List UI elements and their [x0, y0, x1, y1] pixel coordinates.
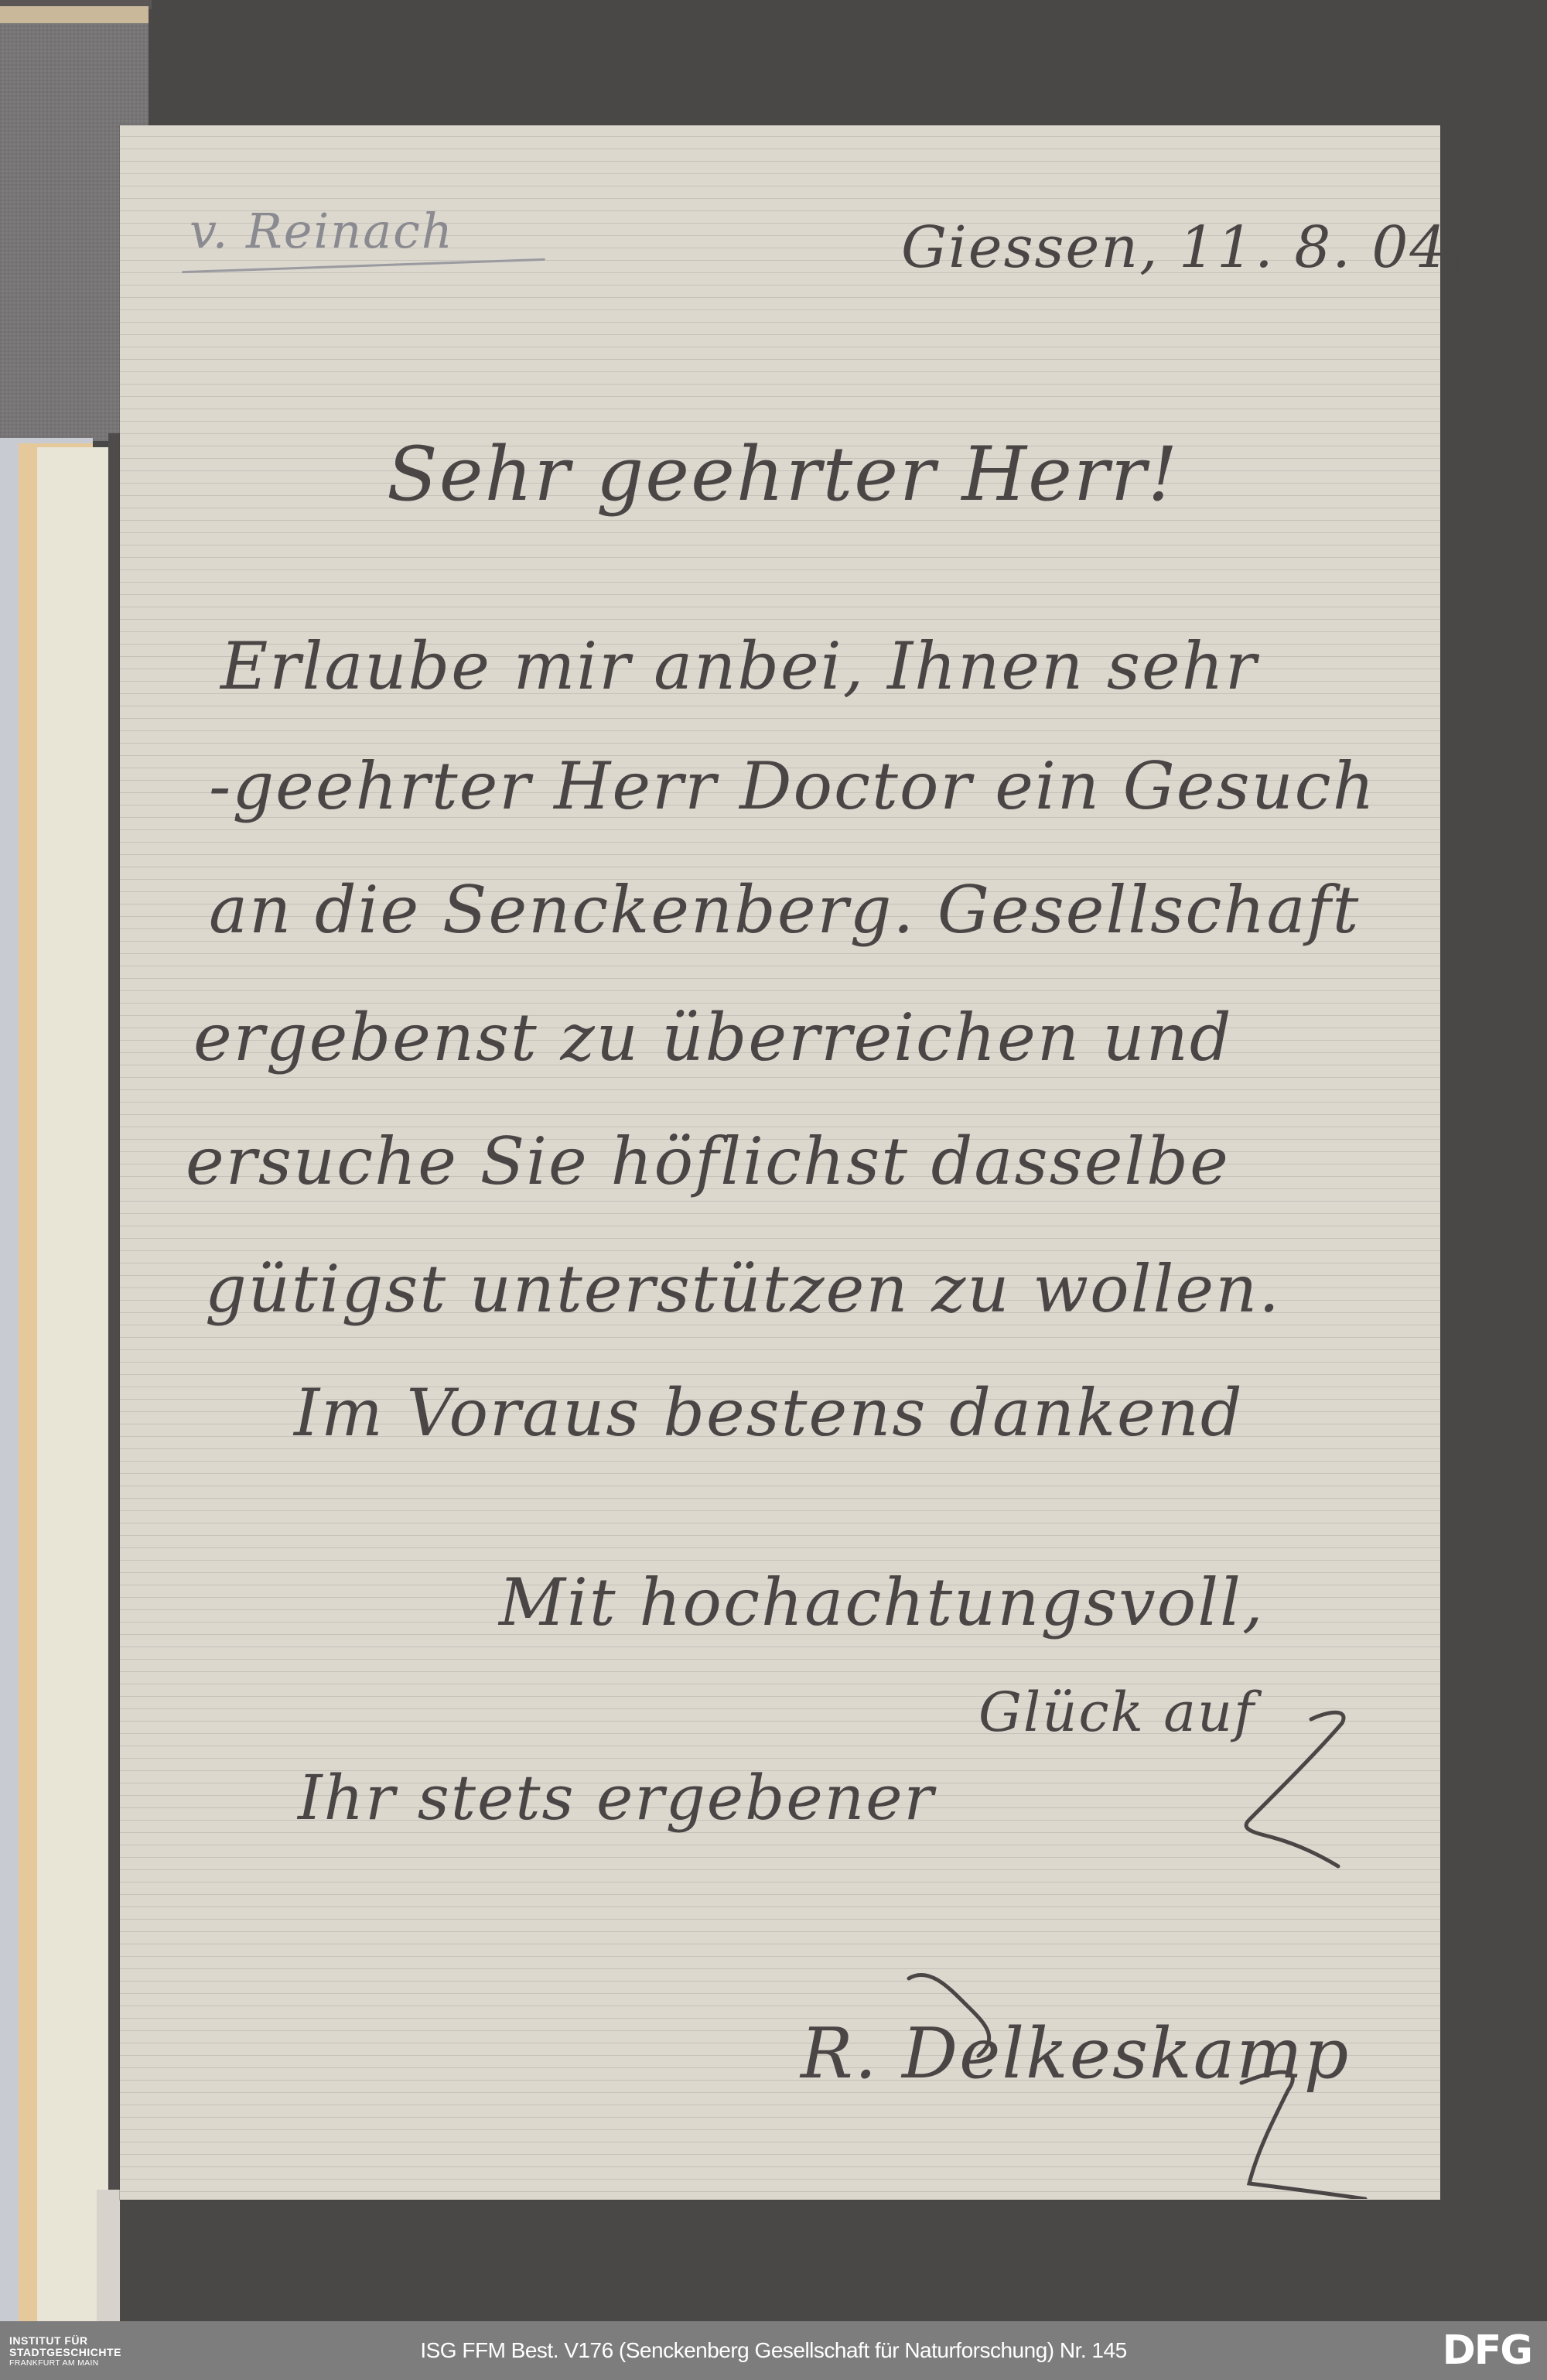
letter-page: v. Reinach Giessen, 11. 8. 04. Sehr geeh…: [120, 125, 1440, 2200]
archive-caption: ISG FFM Best. V176 (Senckenberg Gesellsc…: [0, 2321, 1547, 2380]
page-underflap: [97, 2190, 120, 2321]
pencil-underline: [182, 258, 545, 273]
body-line: Erlaube mir anbei, Ihnen sehr: [220, 628, 1258, 704]
body-line: an die Senckenberg. Gesellschaft: [209, 872, 1360, 948]
binding-gap: [108, 433, 121, 2321]
body-line: ersuche Sie höflichst dasselbe: [186, 1123, 1230, 1199]
body-line: -geehrter Herr Doctor ein Gesuch: [209, 748, 1376, 824]
binding-tape: [0, 6, 149, 25]
pencil-note: v. Reinach: [190, 203, 454, 259]
closing-line: Ihr stets ergebener: [298, 1762, 935, 1834]
body-line: Mit hochachtungsvoll,: [499, 1564, 1265, 1640]
footer-bar: INSTITUT FÜR STADTGESCHICHTE FRANKFURT A…: [0, 2321, 1547, 2380]
greeting-flourish: [1195, 1704, 1396, 1874]
body-line: ergebenst zu überreichen und: [193, 1000, 1233, 1075]
place-date: Giessen, 11. 8. 04.: [901, 214, 1467, 281]
signature-loop: [893, 1967, 1017, 2060]
scan-area: v. Reinach Giessen, 11. 8. 04. Sehr geeh…: [0, 0, 1547, 2321]
signature-flourish: [1195, 2021, 1427, 2199]
body-line: gütigst unterstützen zu wollen.: [205, 1251, 1281, 1327]
cream-sheet: [37, 447, 110, 2321]
body-line: Im Voraus bestens dankend: [294, 1375, 1244, 1451]
dfg-logo: DFG: [1443, 2332, 1532, 2369]
salutation: Sehr geehrter Herr!: [387, 431, 1179, 518]
